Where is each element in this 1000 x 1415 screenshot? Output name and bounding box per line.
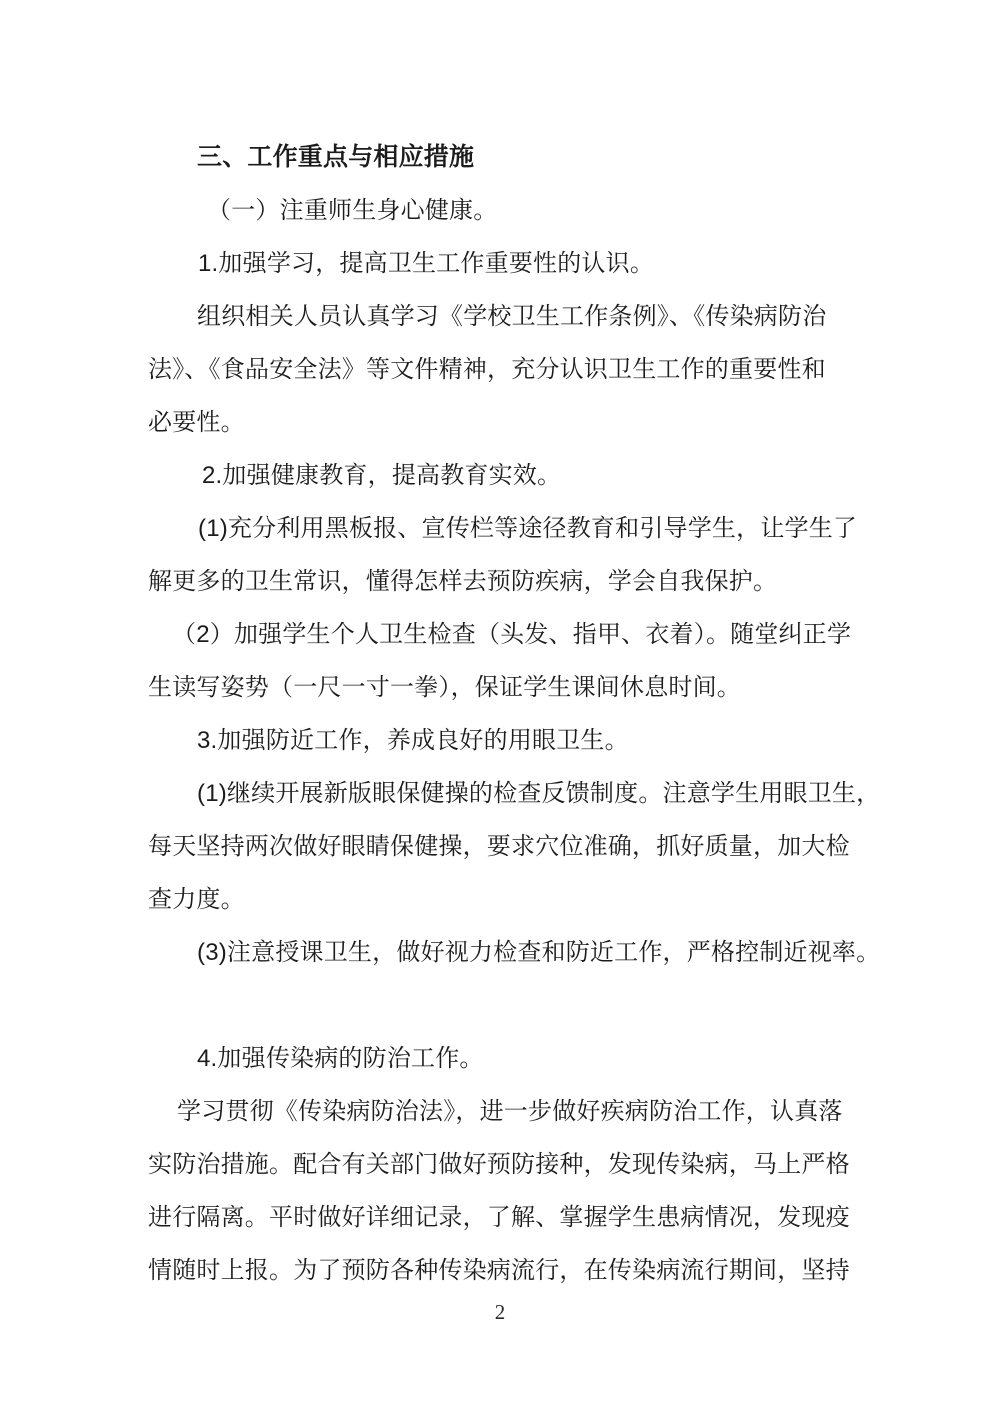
- text-line: 学习贯彻《传染病防治法》，进一步做好疾病防治工作，认真落: [148, 1085, 860, 1138]
- paragraph: (3)注意授课卫生，做好视力检查和防近工作，严格控制近视率。: [148, 926, 860, 979]
- text-line: (1)继续开展新版眼保健操的检查反馈制度。注意学生用眼卫生，: [148, 767, 860, 820]
- paragraph: 4.加强传染病的防治工作。: [148, 1032, 860, 1085]
- text-line: 2.加强健康教育，提高教育实效。: [148, 449, 860, 502]
- page-number: 2: [495, 1300, 506, 1324]
- text-line: 3.加强防近工作，养成良好的用眼卫生。: [148, 714, 860, 767]
- paragraph: (1)继续开展新版眼保健操的检查反馈制度。注意学生用眼卫生，每天坚持两次做好眼睛…: [148, 767, 860, 926]
- text-line: 必要性。: [148, 396, 860, 449]
- text-line: 解更多的卫生常识，懂得怎样去预防疾病，学会自我保护。: [148, 555, 860, 608]
- text-line: (3)注意授课卫生，做好视力检查和防近工作，严格控制近视率。: [148, 926, 860, 979]
- paragraph: （一）注重师生身心健康。: [148, 184, 860, 237]
- text-line: 查力度。: [148, 873, 860, 926]
- text-line: 每天坚持两次做好眼睛保健操，要求穴位准确，抓好质量，加大检: [148, 820, 860, 873]
- paragraph: 组织相关人员认真学习《学校卫生工作条例》、《传染病防治法》、《食品安全法》等文件…: [148, 290, 860, 449]
- text-line: 法》、《食品安全法》等文件精神，充分认识卫生工作的重要性和: [148, 343, 860, 396]
- text-line: （一）注重师生身心健康。: [148, 184, 860, 237]
- text-line: 组织相关人员认真学习《学校卫生工作条例》、《传染病防治: [148, 290, 860, 343]
- blank-line: [148, 979, 860, 1032]
- text-line: 进行隔离。平时做好详细记录，了解、掌握学生患病情况，发现疫: [148, 1191, 860, 1244]
- text-line: 三、工作重点与相应措施: [148, 131, 860, 184]
- paragraph: 学习贯彻《传染病防治法》，进一步做好疾病防治工作，认真落实防治措施。配合有关部门…: [148, 1085, 860, 1297]
- section-heading: 三、工作重点与相应措施: [148, 131, 860, 184]
- text-line: 实防治措施。配合有关部门做好预防接种，发现传染病，马上严格: [148, 1138, 860, 1191]
- text-line: (1)充分利用黑板报、宣传栏等途径教育和引导学生，让学生了: [148, 502, 860, 555]
- document-body: 三、工作重点与相应措施（一）注重师生身心健康。1.加强学习，提高卫生工作重要性的…: [148, 131, 860, 1297]
- page-footer: 2: [0, 1300, 1000, 1325]
- text-line: 4.加强传染病的防治工作。: [148, 1032, 860, 1085]
- text-line: 情随时上报。为了预防各种传染病流行，在传染病流行期间，坚持: [148, 1244, 860, 1297]
- text-line: 生读写姿势（一尺一寸一拳），保证学生课间休息时间。: [148, 661, 860, 714]
- paragraph: （2）加强学生个人卫生检查（头发、指甲、衣着）。随堂纠正学生读写姿势（一尺一寸一…: [148, 608, 860, 714]
- text-line: （2）加强学生个人卫生检查（头发、指甲、衣着）。随堂纠正学: [148, 608, 860, 661]
- paragraph: 3.加强防近工作，养成良好的用眼卫生。: [148, 714, 860, 767]
- text-line: [148, 979, 860, 1032]
- paragraph: 2.加强健康教育，提高教育实效。: [148, 449, 860, 502]
- document-page: 三、工作重点与相应措施（一）注重师生身心健康。1.加强学习，提高卫生工作重要性的…: [0, 0, 1000, 1415]
- paragraph: 1.加强学习，提高卫生工作重要性的认识。: [148, 237, 860, 290]
- paragraph: (1)充分利用黑板报、宣传栏等途径教育和引导学生，让学生了解更多的卫生常识，懂得…: [148, 502, 860, 608]
- text-line: 1.加强学习，提高卫生工作重要性的认识。: [148, 237, 860, 290]
